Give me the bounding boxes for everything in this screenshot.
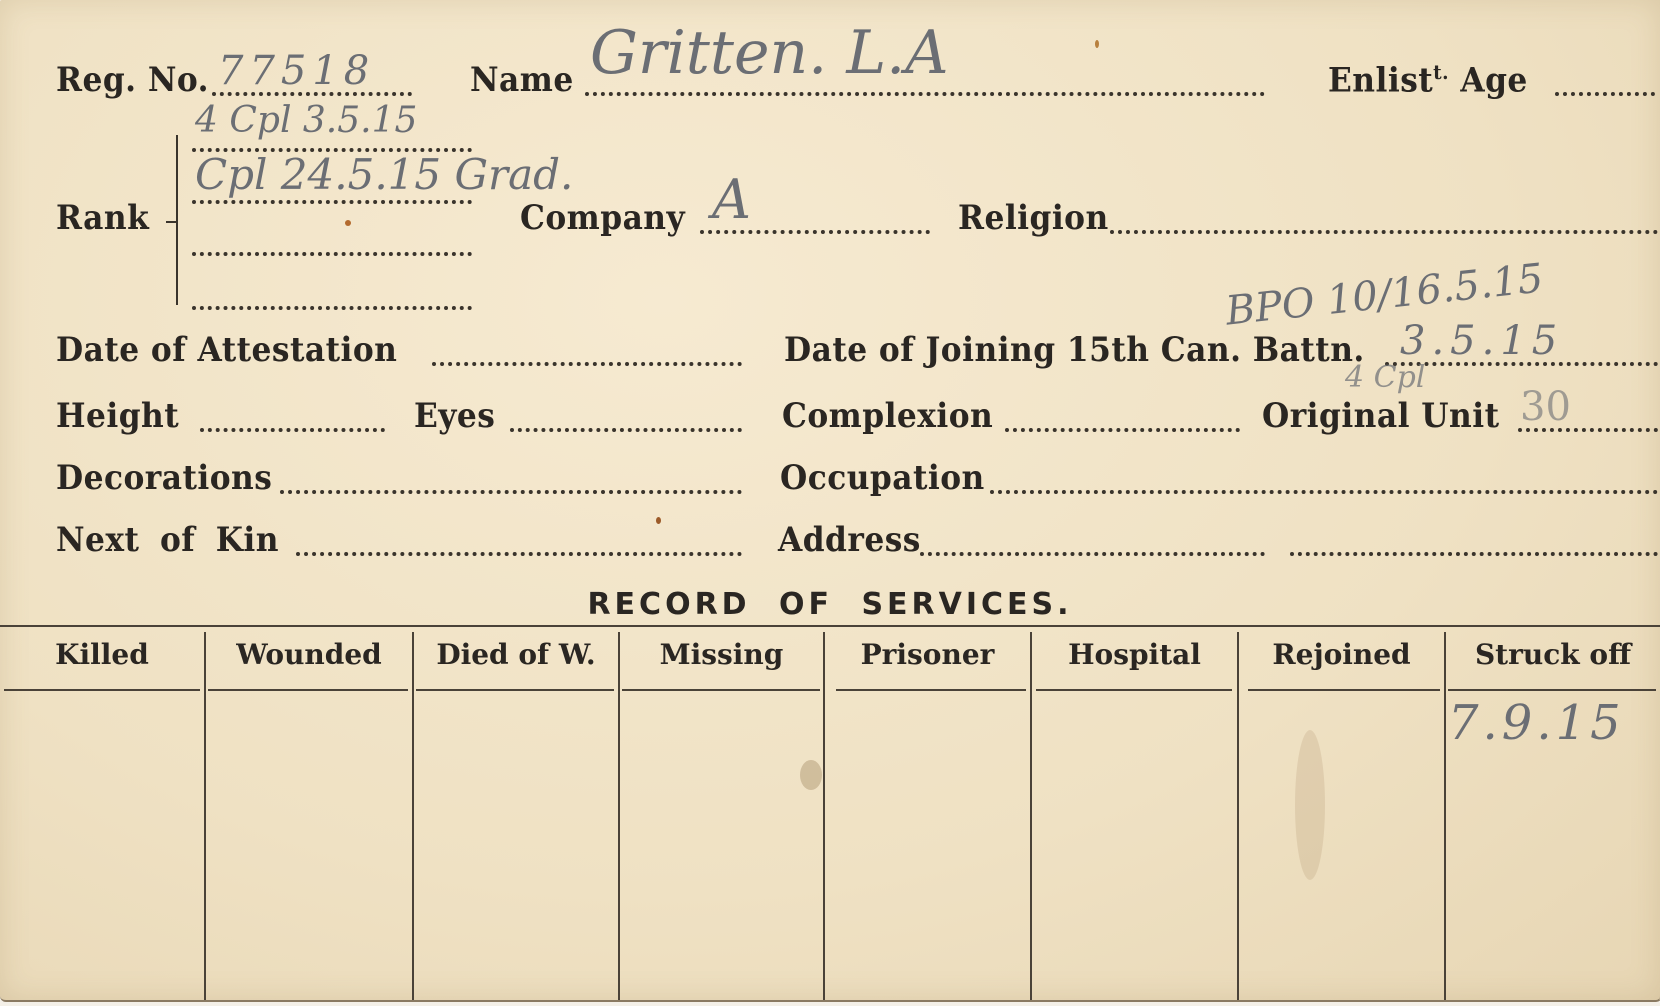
col-header-hospital: Hospital xyxy=(1032,638,1237,678)
next-of-kin-dots xyxy=(296,552,742,556)
height-dots xyxy=(200,428,385,432)
date-of-attestation-dots xyxy=(432,362,742,366)
address-label: Address xyxy=(778,520,921,560)
col-divider xyxy=(618,632,620,1000)
col-header-died-of-wounds: Died of W. xyxy=(414,638,618,678)
col-divider xyxy=(823,632,825,1000)
date-of-joining-value: 3.5.15 xyxy=(1400,318,1563,364)
col-divider xyxy=(412,632,414,1000)
reg-no-label: Reg. No. xyxy=(56,60,209,100)
rank-entry-1: 4 Cpl 3.5.15 xyxy=(195,100,417,141)
col-header-struck-off: Struck off xyxy=(1446,638,1660,678)
rank-entry-2: Cpl 24.5.15 Grad. xyxy=(195,150,573,199)
col-header-wounded: Wounded xyxy=(206,638,412,678)
religion-label: Religion xyxy=(958,198,1109,238)
date-of-joining-label: Date of Joining 15th Can. Battn. xyxy=(784,330,1365,370)
height-label: Height xyxy=(56,396,179,436)
address-dots-1 xyxy=(920,552,1265,556)
eyes-dots xyxy=(510,428,742,432)
company-value: A xyxy=(712,168,751,231)
occupation-label: Occupation xyxy=(780,458,985,498)
enlist-age-label: Enlistt. Age xyxy=(1328,60,1528,100)
header-underline xyxy=(4,689,200,691)
col-divider xyxy=(1030,632,1032,1000)
occupation-dots xyxy=(990,490,1658,494)
name-value: Gritten. L.A xyxy=(590,18,949,88)
struck-off-value: 7.9.15 xyxy=(1448,695,1625,751)
record-top-rule xyxy=(0,625,1660,627)
address-dots-2 xyxy=(1290,552,1658,556)
header-underline xyxy=(1036,689,1232,691)
header-underline xyxy=(1448,689,1656,691)
header-underline xyxy=(416,689,614,691)
rank-dots-4 xyxy=(192,306,472,310)
eyes-label: Eyes xyxy=(414,396,495,436)
name-dots xyxy=(585,92,1265,96)
complexion-label: Complexion xyxy=(782,396,993,436)
header-underline xyxy=(208,689,408,691)
header-underline xyxy=(622,689,820,691)
decorations-dots xyxy=(280,490,742,494)
record-of-services-heading: RECORD OF SERVICES. xyxy=(0,587,1660,622)
header-underline xyxy=(836,689,1026,691)
rank-brace xyxy=(176,135,188,305)
complexion-dots xyxy=(1005,428,1240,432)
stain xyxy=(1095,40,1099,48)
rank-label: Rank xyxy=(56,198,149,238)
religion-dots xyxy=(1110,230,1658,234)
stain xyxy=(656,517,661,524)
col-header-missing: Missing xyxy=(620,638,823,678)
company-label: Company xyxy=(520,198,685,238)
stain xyxy=(345,220,351,226)
rank-dots-2 xyxy=(192,200,472,204)
col-header-killed: Killed xyxy=(0,638,204,678)
enlist-age-dots xyxy=(1555,92,1655,96)
date-of-attestation-label: Date of Attestation xyxy=(56,330,397,370)
rank-dots-3 xyxy=(192,252,472,256)
next-of-kin-label: Next of Kin xyxy=(56,520,279,560)
stain xyxy=(800,760,822,790)
name-label: Name xyxy=(470,60,574,100)
original-unit-label: Original Unit xyxy=(1262,396,1499,436)
header-underline xyxy=(1248,689,1440,691)
col-header-rejoined: Rejoined xyxy=(1239,638,1444,678)
rank-brace-tick xyxy=(166,221,176,223)
service-record-card: Reg. No. 77518 Name Gritten. L.A Enlistt… xyxy=(0,0,1660,1002)
reg-no-value: 77518 xyxy=(218,48,375,94)
date-of-joining-rank-note: 4 Cpl xyxy=(1345,360,1425,395)
col-divider xyxy=(1237,632,1239,1000)
stain xyxy=(1295,730,1325,880)
col-divider xyxy=(1444,632,1446,1000)
col-divider xyxy=(204,632,206,1000)
col-header-prisoner: Prisoner xyxy=(825,638,1030,678)
decorations-label: Decorations xyxy=(56,458,272,498)
original-unit-value: 30 xyxy=(1520,384,1571,430)
